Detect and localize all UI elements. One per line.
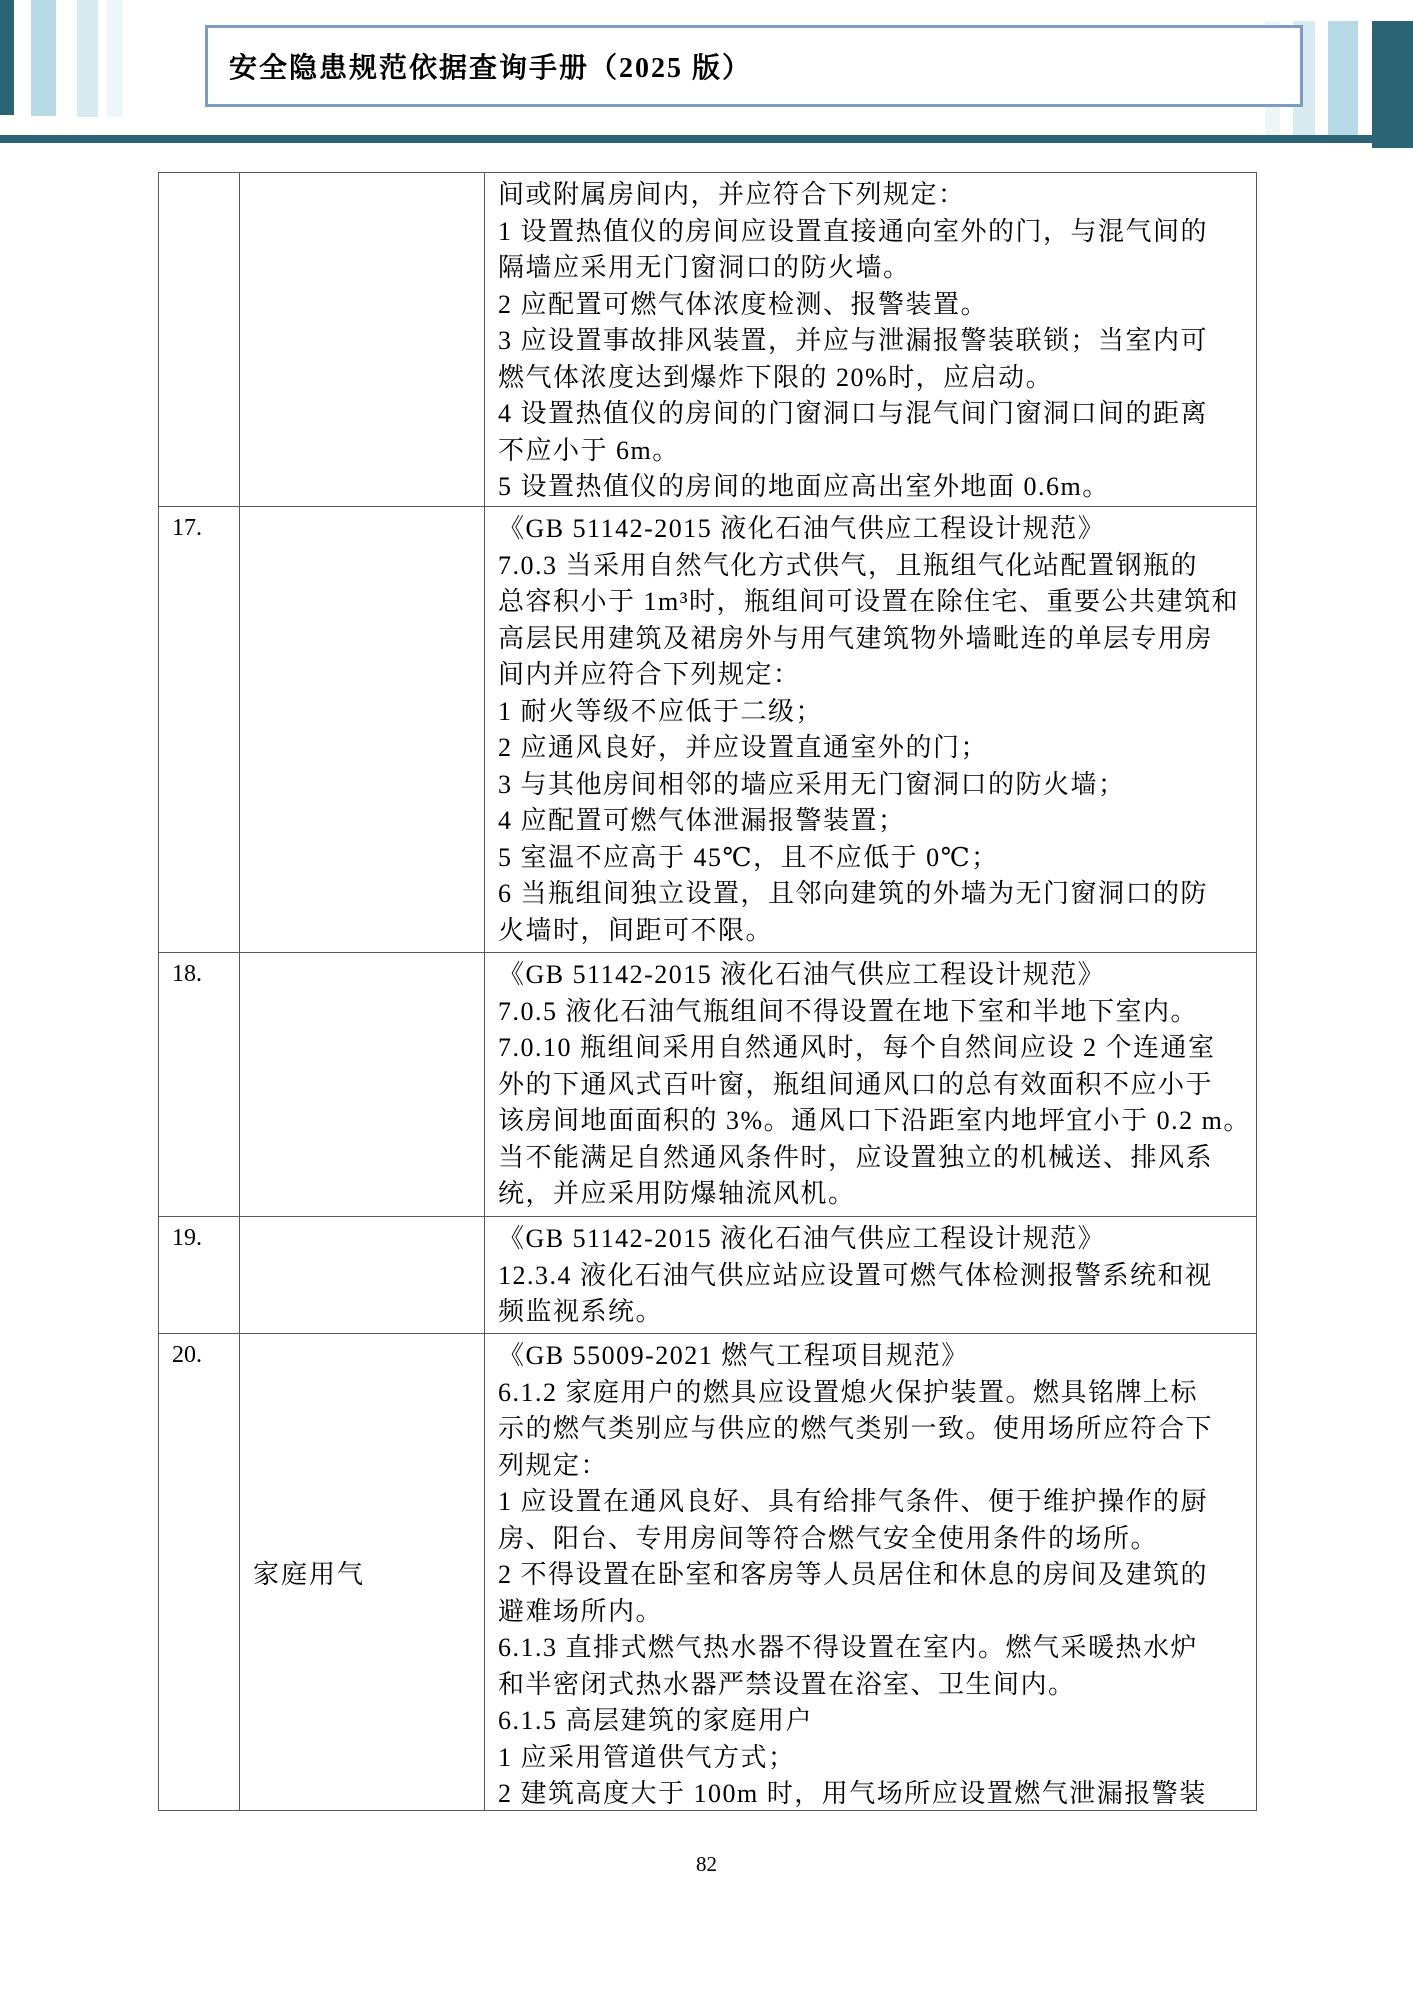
deco-bar-left-medium (31, 0, 56, 116)
text-line: 7.0.3 当采用自然气化方式供气，且瓶组气化站配置钢瓶的 (498, 548, 1248, 585)
text-line: 频监视系统。 (498, 1294, 1248, 1331)
table-row: 间或附属房间内，并应符合下列规定：1 设置热值仪的房间应设置直接通向室外的门，与… (159, 173, 1256, 507)
text-line: 燃气体浓度达到爆炸下限的 20%时，应启动。 (498, 360, 1248, 397)
deco-bar-right-medium (1328, 21, 1358, 135)
text-line: 2 不得设置在卧室和客房等人员居住和休息的房间及建筑的 (498, 1557, 1248, 1594)
page-number: 82 (0, 1852, 1413, 1877)
regulation-table: 间或附属房间内，并应符合下列规定：1 设置热值仪的房间应设置直接通向室外的门，与… (158, 172, 1257, 1811)
text-line: 1 应采用管道供气方式； (498, 1740, 1248, 1777)
text-line: 3 应设置事故排风装置，并应与泄漏报警装联锁；当室内可 (498, 323, 1248, 360)
text-line: 2 应通风良好，并应设置直通室外的门； (498, 730, 1248, 767)
text-line: 避难场所内。 (498, 1594, 1248, 1631)
text-line: 12.3.4 液化石油气供应站应设置可燃气体检测报警系统和视 (498, 1258, 1248, 1295)
text-line: 《GB 51142-2015 液化石油气供应工程设计规范》 (498, 957, 1248, 994)
text-line: 该房间地面面积的 3%。通风口下沿距室内地坪宜小于 0.2 m。 (498, 1103, 1248, 1140)
page-title: 安全隐患规范依据查询手册（2025 版） (208, 46, 752, 86)
text-line: 火墙时，间距可不限。 (498, 913, 1248, 950)
regulation-text-cell: 《GB 55009-2021 燃气工程项目规范》6.1.2 家庭用户的燃具应设置… (485, 1334, 1256, 1810)
text-line: 高层民用建筑及裙房外与用气建筑物外墙毗连的单层专用房 (498, 621, 1248, 658)
row-number-cell: 17. (159, 507, 240, 952)
text-line: 间内并应符合下列规定： (498, 657, 1248, 694)
regulation-text-cell: 间或附属房间内，并应符合下列规定：1 设置热值仪的房间应设置直接通向室外的门，与… (485, 173, 1256, 506)
text-line: 6.1.5 高层建筑的家庭用户 (498, 1703, 1248, 1740)
text-line: 4 应配置可燃气体泄漏报警装置； (498, 803, 1248, 840)
text-line: 2 建筑高度大于 100m 时，用气场所应设置燃气泄漏报警装 (498, 1776, 1248, 1810)
document-page: { "header": { "title": "安全隐患规范依据查询手册（202… (0, 0, 1413, 2000)
text-line: 5 设置热值仪的房间的地面应高出室外地面 0.6m。 (498, 469, 1248, 506)
text-line: 7.0.10 瓶组间采用自然通风时，每个自然间应设 2 个连通室 (498, 1030, 1248, 1067)
table-row: 19.《GB 51142-2015 液化石油气供应工程设计规范》12.3.4 液… (159, 1217, 1256, 1334)
text-line: 7.0.5 液化石油气瓶组间不得设置在地下室和半地下室内。 (498, 994, 1248, 1031)
text-line: 2 应配置可燃气体浓度检测、报警装置。 (498, 287, 1248, 324)
text-line: 1 耐火等级不应低于二级； (498, 694, 1248, 731)
row-number-cell (159, 173, 240, 506)
text-line: 6.1.3 直排式燃气热水器不得设置在室内。燃气采暖热水炉 (498, 1630, 1248, 1667)
table-row: 20.家庭用气《GB 55009-2021 燃气工程项目规范》6.1.2 家庭用… (159, 1334, 1256, 1810)
regulation-text-cell: 《GB 51142-2015 液化石油气供应工程设计规范》12.3.4 液化石油… (485, 1217, 1256, 1333)
row-number-cell: 19. (159, 1217, 240, 1333)
text-line: 外的下通风式百叶窗，瓶组间通风口的总有效面积不应小于 (498, 1067, 1248, 1104)
category-cell (240, 173, 485, 506)
text-line: 示的燃气类别应与供应的燃气类别一致。使用场所应符合下 (498, 1411, 1248, 1448)
table-row: 18.《GB 51142-2015 液化石油气供应工程设计规范》7.0.5 液化… (159, 953, 1256, 1217)
text-line: 3 与其他房间相邻的墙应采用无门窗洞口的防火墙； (498, 767, 1248, 804)
category-cell: 家庭用气 (240, 1334, 485, 1810)
text-line: 房、阳台、专用房间等符合燃气安全使用条件的场所。 (498, 1521, 1248, 1558)
header-divider-bar (0, 135, 1413, 143)
deco-bar-left-faint (107, 0, 123, 117)
text-line: 6.1.2 家庭用户的燃具应设置熄火保护装置。燃具铭牌上标 (498, 1375, 1248, 1412)
category-cell (240, 507, 485, 952)
regulation-text-cell: 《GB 51142-2015 液化石油气供应工程设计规范》7.0.3 当采用自然… (485, 507, 1256, 952)
deco-bar-left-light (77, 0, 98, 117)
text-line: 5 室温不应高于 45℃，且不应低于 0℃； (498, 840, 1248, 877)
text-line: 统，并应采用防爆轴流风机。 (498, 1176, 1248, 1213)
text-line: 总容积小于 1m³时，瓶组间可设置在除住宅、重要公共建筑和 (498, 584, 1248, 621)
category-cell (240, 953, 485, 1216)
text-line: 1 应设置在通风良好、具有给排气条件、便于维护操作的厨 (498, 1484, 1248, 1521)
text-line: 列规定： (498, 1448, 1248, 1485)
text-line: 当不能满足自然通风条件时，应设置独立的机械送、排风系 (498, 1140, 1248, 1177)
text-line: 不应小于 6m。 (498, 433, 1248, 470)
text-line: 4 设置热值仪的房间的门窗洞口与混气间门窗洞口间的距离 (498, 396, 1248, 433)
deco-bar-right-dark (1372, 21, 1413, 148)
text-line: 和半密闭式热水器严禁设置在浴室、卫生间内。 (498, 1667, 1248, 1704)
table-row: 17.《GB 51142-2015 液化石油气供应工程设计规范》7.0.3 当采… (159, 507, 1256, 953)
text-line: 《GB 55009-2021 燃气工程项目规范》 (498, 1338, 1248, 1375)
deco-bar-left-dark (0, 0, 14, 115)
category-cell (240, 1217, 485, 1333)
text-line: 间或附属房间内，并应符合下列规定： (498, 177, 1248, 214)
header-title-box: 安全隐患规范依据查询手册（2025 版） (205, 25, 1303, 107)
text-line: 6 当瓶组间独立设置，且邻向建筑的外墙为无门窗洞口的防 (498, 876, 1248, 913)
row-number-cell: 18. (159, 953, 240, 1216)
text-line: 隔墙应采用无门窗洞口的防火墙。 (498, 250, 1248, 287)
text-line: 1 设置热值仪的房间应设置直接通向室外的门，与混气间的 (498, 214, 1248, 251)
text-line: 《GB 51142-2015 液化石油气供应工程设计规范》 (498, 1221, 1248, 1258)
text-line: 《GB 51142-2015 液化石油气供应工程设计规范》 (498, 511, 1248, 548)
row-number-cell: 20. (159, 1334, 240, 1810)
regulation-text-cell: 《GB 51142-2015 液化石油气供应工程设计规范》7.0.5 液化石油气… (485, 953, 1256, 1216)
